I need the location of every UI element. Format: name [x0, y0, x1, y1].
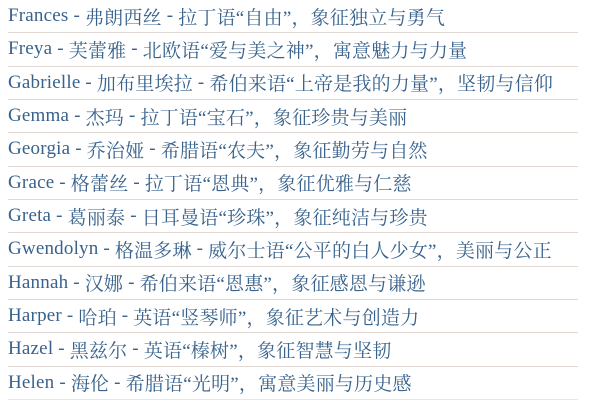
separator: - — [125, 205, 141, 227]
name-zh: 乔治娅 — [87, 136, 145, 163]
name-meaning: 威尔士语“公平的白人少女”，美丽与公正 — [208, 236, 552, 263]
separator: - — [124, 105, 140, 127]
name-zh: 格温多琳 — [115, 236, 192, 263]
name-zh: 葛丽泰 — [68, 203, 126, 230]
name-meaning: 拉丁语“自由”，象征独立与勇气 — [178, 3, 445, 30]
name-en: Hazel — [8, 338, 53, 360]
name-meaning: 拉丁语“宝石”，象征珍贵与美丽 — [140, 103, 407, 130]
name-zh: 哈珀 — [78, 303, 116, 330]
separator: - — [68, 272, 84, 294]
separator: - — [128, 172, 144, 194]
name-meaning: 希伯来语“上帝是我的力量”，坚韧与信仰 — [209, 69, 553, 96]
name-meaning: 拉丁语“恩典”，象征优雅与仁慈 — [145, 169, 412, 196]
name-meaning: 希腊语“农夫”，象征勤劳与自然 — [161, 136, 428, 163]
separator: - — [123, 272, 139, 294]
name-en: Grace — [8, 172, 54, 194]
name-en: Gemma — [8, 105, 69, 127]
name-en: Greta — [8, 205, 51, 227]
separator: - — [80, 72, 96, 94]
separator: - — [54, 372, 70, 394]
separator: - — [54, 172, 70, 194]
name-zh: 杰玛 — [86, 103, 124, 130]
separator: - — [69, 5, 85, 27]
separator: - — [62, 305, 78, 327]
name-meaning: 北欧语“爱与美之神”，寓意魅力与力量 — [143, 36, 467, 63]
list-item: Hannah - 汉娜 - 希伯来语“恩惠”，象征感恩与谦逊 — [8, 267, 578, 300]
separator: - — [52, 38, 68, 60]
name-zh: 弗朗西丝 — [85, 3, 162, 30]
separator: - — [193, 72, 209, 94]
separator: - — [162, 5, 178, 27]
name-en: Freya — [8, 38, 52, 60]
list-item: Grace - 格蕾丝 - 拉丁语“恩典”，象征优雅与仁慈 — [8, 167, 578, 200]
separator: - — [117, 305, 133, 327]
list-item: Hazel - 黑兹尔 - 英语“榛树”，象征智慧与坚韧 — [8, 333, 578, 366]
name-zh: 黑兹尔 — [70, 336, 128, 363]
list-item: Greta - 葛丽泰 - 日耳曼语“珍珠”，象征纯洁与珍贵 — [8, 200, 578, 233]
list-item: Harper - 哈珀 - 英语“竖琴师”，象征艺术与创造力 — [8, 300, 578, 333]
name-zh: 加布里埃拉 — [97, 69, 193, 96]
name-zh: 芙蕾雅 — [69, 36, 127, 63]
separator: - — [98, 238, 114, 260]
name-meaning: 英语“榛树”，象征智慧与坚韧 — [144, 336, 392, 363]
name-zh: 格蕾丝 — [71, 169, 129, 196]
list-item: Gemma - 杰玛 - 拉丁语“宝石”，象征珍贵与美丽 — [8, 100, 578, 133]
name-meaning: 希伯来语“恩惠”，象征感恩与谦逊 — [140, 269, 426, 296]
list-item: Frances - 弗朗西丝 - 拉丁语“自由”，象征独立与勇气 — [8, 0, 578, 33]
list-item: Georgia - 乔治娅 - 希腊语“农夫”，象征勤劳与自然 — [8, 133, 578, 166]
name-en: Gwendolyn — [8, 238, 98, 260]
list-item: Helen - 海伦 - 希腊语“光明”，寓意美丽与历史感 — [8, 367, 578, 400]
separator: - — [144, 138, 160, 160]
separator: - — [192, 238, 208, 260]
name-en: Hannah — [8, 272, 68, 294]
list-item: Gabrielle - 加布里埃拉 - 希伯来语“上帝是我的力量”，坚韧与信仰 — [8, 67, 578, 100]
separator: - — [126, 38, 142, 60]
name-en: Harper — [8, 305, 62, 327]
list-item: Gwendolyn - 格温多琳 - 威尔士语“公平的白人少女”，美丽与公正 — [8, 233, 578, 266]
separator: - — [127, 338, 143, 360]
name-meaning: 英语“竖琴师”，象征艺术与创造力 — [133, 303, 419, 330]
separator: - — [51, 205, 67, 227]
name-en: Georgia — [8, 138, 70, 160]
name-list: Frances - 弗朗西丝 - 拉丁语“自由”，象征独立与勇气 Freya -… — [0, 0, 600, 400]
name-zh: 海伦 — [71, 369, 109, 396]
name-meaning: 日耳曼语“珍珠”，象征纯洁与珍贵 — [142, 203, 428, 230]
name-en: Gabrielle — [8, 72, 80, 94]
separator: - — [53, 338, 69, 360]
name-en: Frances — [8, 5, 69, 27]
separator: - — [69, 105, 85, 127]
name-en: Helen — [8, 372, 54, 394]
list-item: Freya - 芙蕾雅 - 北欧语“爱与美之神”，寓意魅力与力量 — [8, 33, 578, 66]
name-meaning: 希腊语“光明”，寓意美丽与历史感 — [126, 369, 412, 396]
separator: - — [109, 372, 125, 394]
name-zh: 汉娜 — [85, 269, 123, 296]
separator: - — [70, 138, 86, 160]
